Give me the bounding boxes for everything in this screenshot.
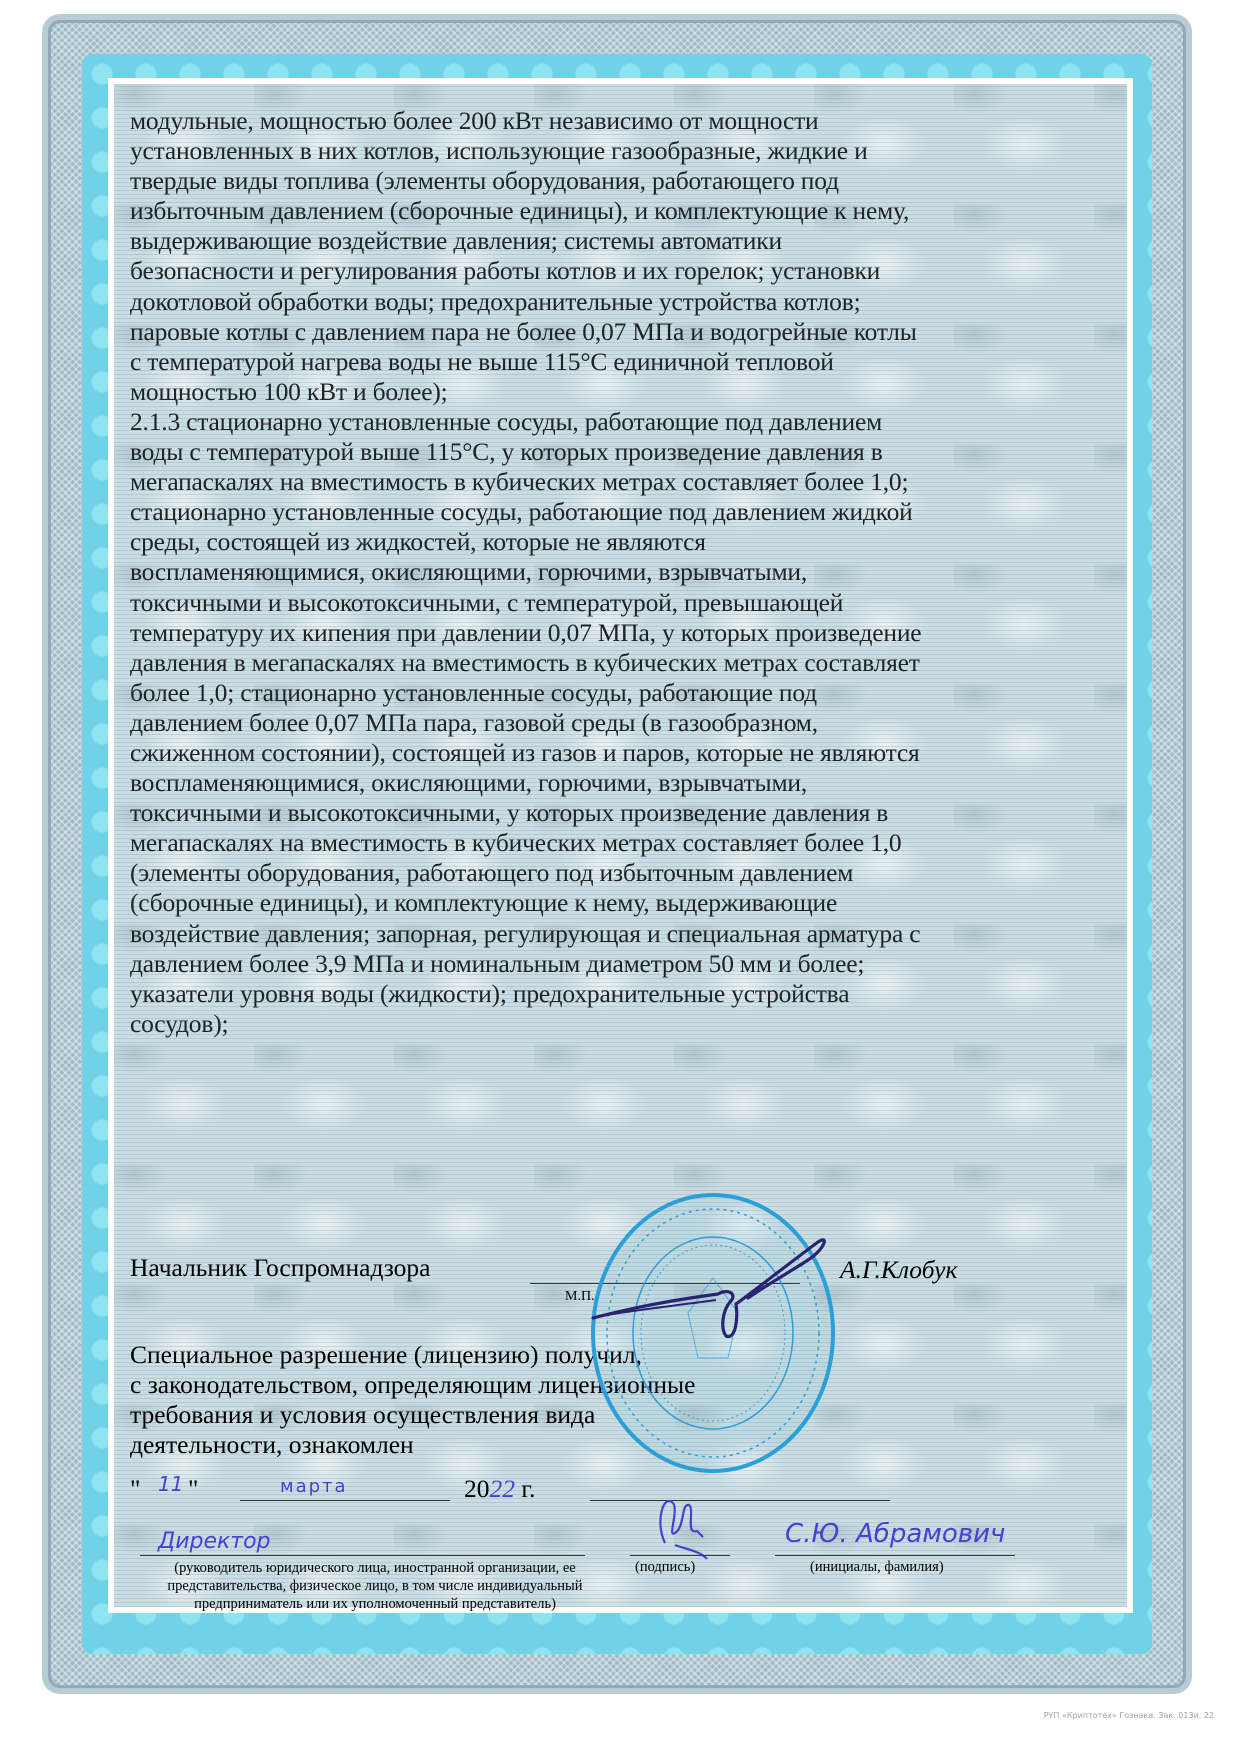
acknowledgement-date: " 11 " марта 2022 г. [130,1474,1115,1508]
position-caption: (руководитель юридического лица, иностра… [130,1559,620,1613]
license-page: модульные, мощностью более 200 кВт незав… [108,78,1133,1613]
date-trailing-line [590,1500,890,1501]
signature-caption: (подпись) [635,1559,695,1576]
position-handwritten: Директор [158,1529,271,1554]
year-suffix: г. [515,1474,535,1503]
paragraph-2-1-3-pressure-vessels: 2.1.3 стационарно установленные сосуды, … [130,407,1115,1039]
date-month-handwritten: марта [280,1476,348,1497]
name-caption: (инициалы, фамилия) [810,1559,944,1576]
acknowledgement-text: Специальное разрешение (лицензию) получи… [130,1340,695,1460]
month-line [240,1500,450,1501]
date-year: 2022 г. [464,1474,535,1504]
position-line [140,1555,585,1556]
authority-name: А.Г.Клобук [840,1255,957,1285]
authority-signature-block: Начальник Госпромнадзора М.П. А.Г.Клобук [130,1253,1115,1293]
licensee-signature-block: Директор (руководитель юридического лица… [130,1533,1115,1643]
date-day-handwritten: 11 [158,1472,183,1496]
name-line [775,1555,1015,1556]
date-close-quote: " [188,1474,198,1504]
name-handwritten: С.Ю. Абрамович [785,1519,1005,1549]
signature-line [630,1555,730,1556]
signature-line [530,1283,800,1284]
printer-mark: РУП «Криптотех» Гознака. Зак. 013и. 22 [1044,1711,1214,1720]
year-handwritten: 22 [490,1474,516,1503]
paragraph-boilers-continuation: модульные, мощностью более 200 кВт незав… [130,106,1115,407]
date-open-quote: " [130,1474,140,1504]
authority-title: Начальник Госпромнадзора [130,1253,430,1283]
license-body: модульные, мощностью более 200 кВт незав… [130,106,1115,1039]
stamp-place-label: М.П. [565,1289,595,1305]
year-prefix: 20 [464,1474,490,1503]
licensee-signature-icon [645,1483,725,1563]
